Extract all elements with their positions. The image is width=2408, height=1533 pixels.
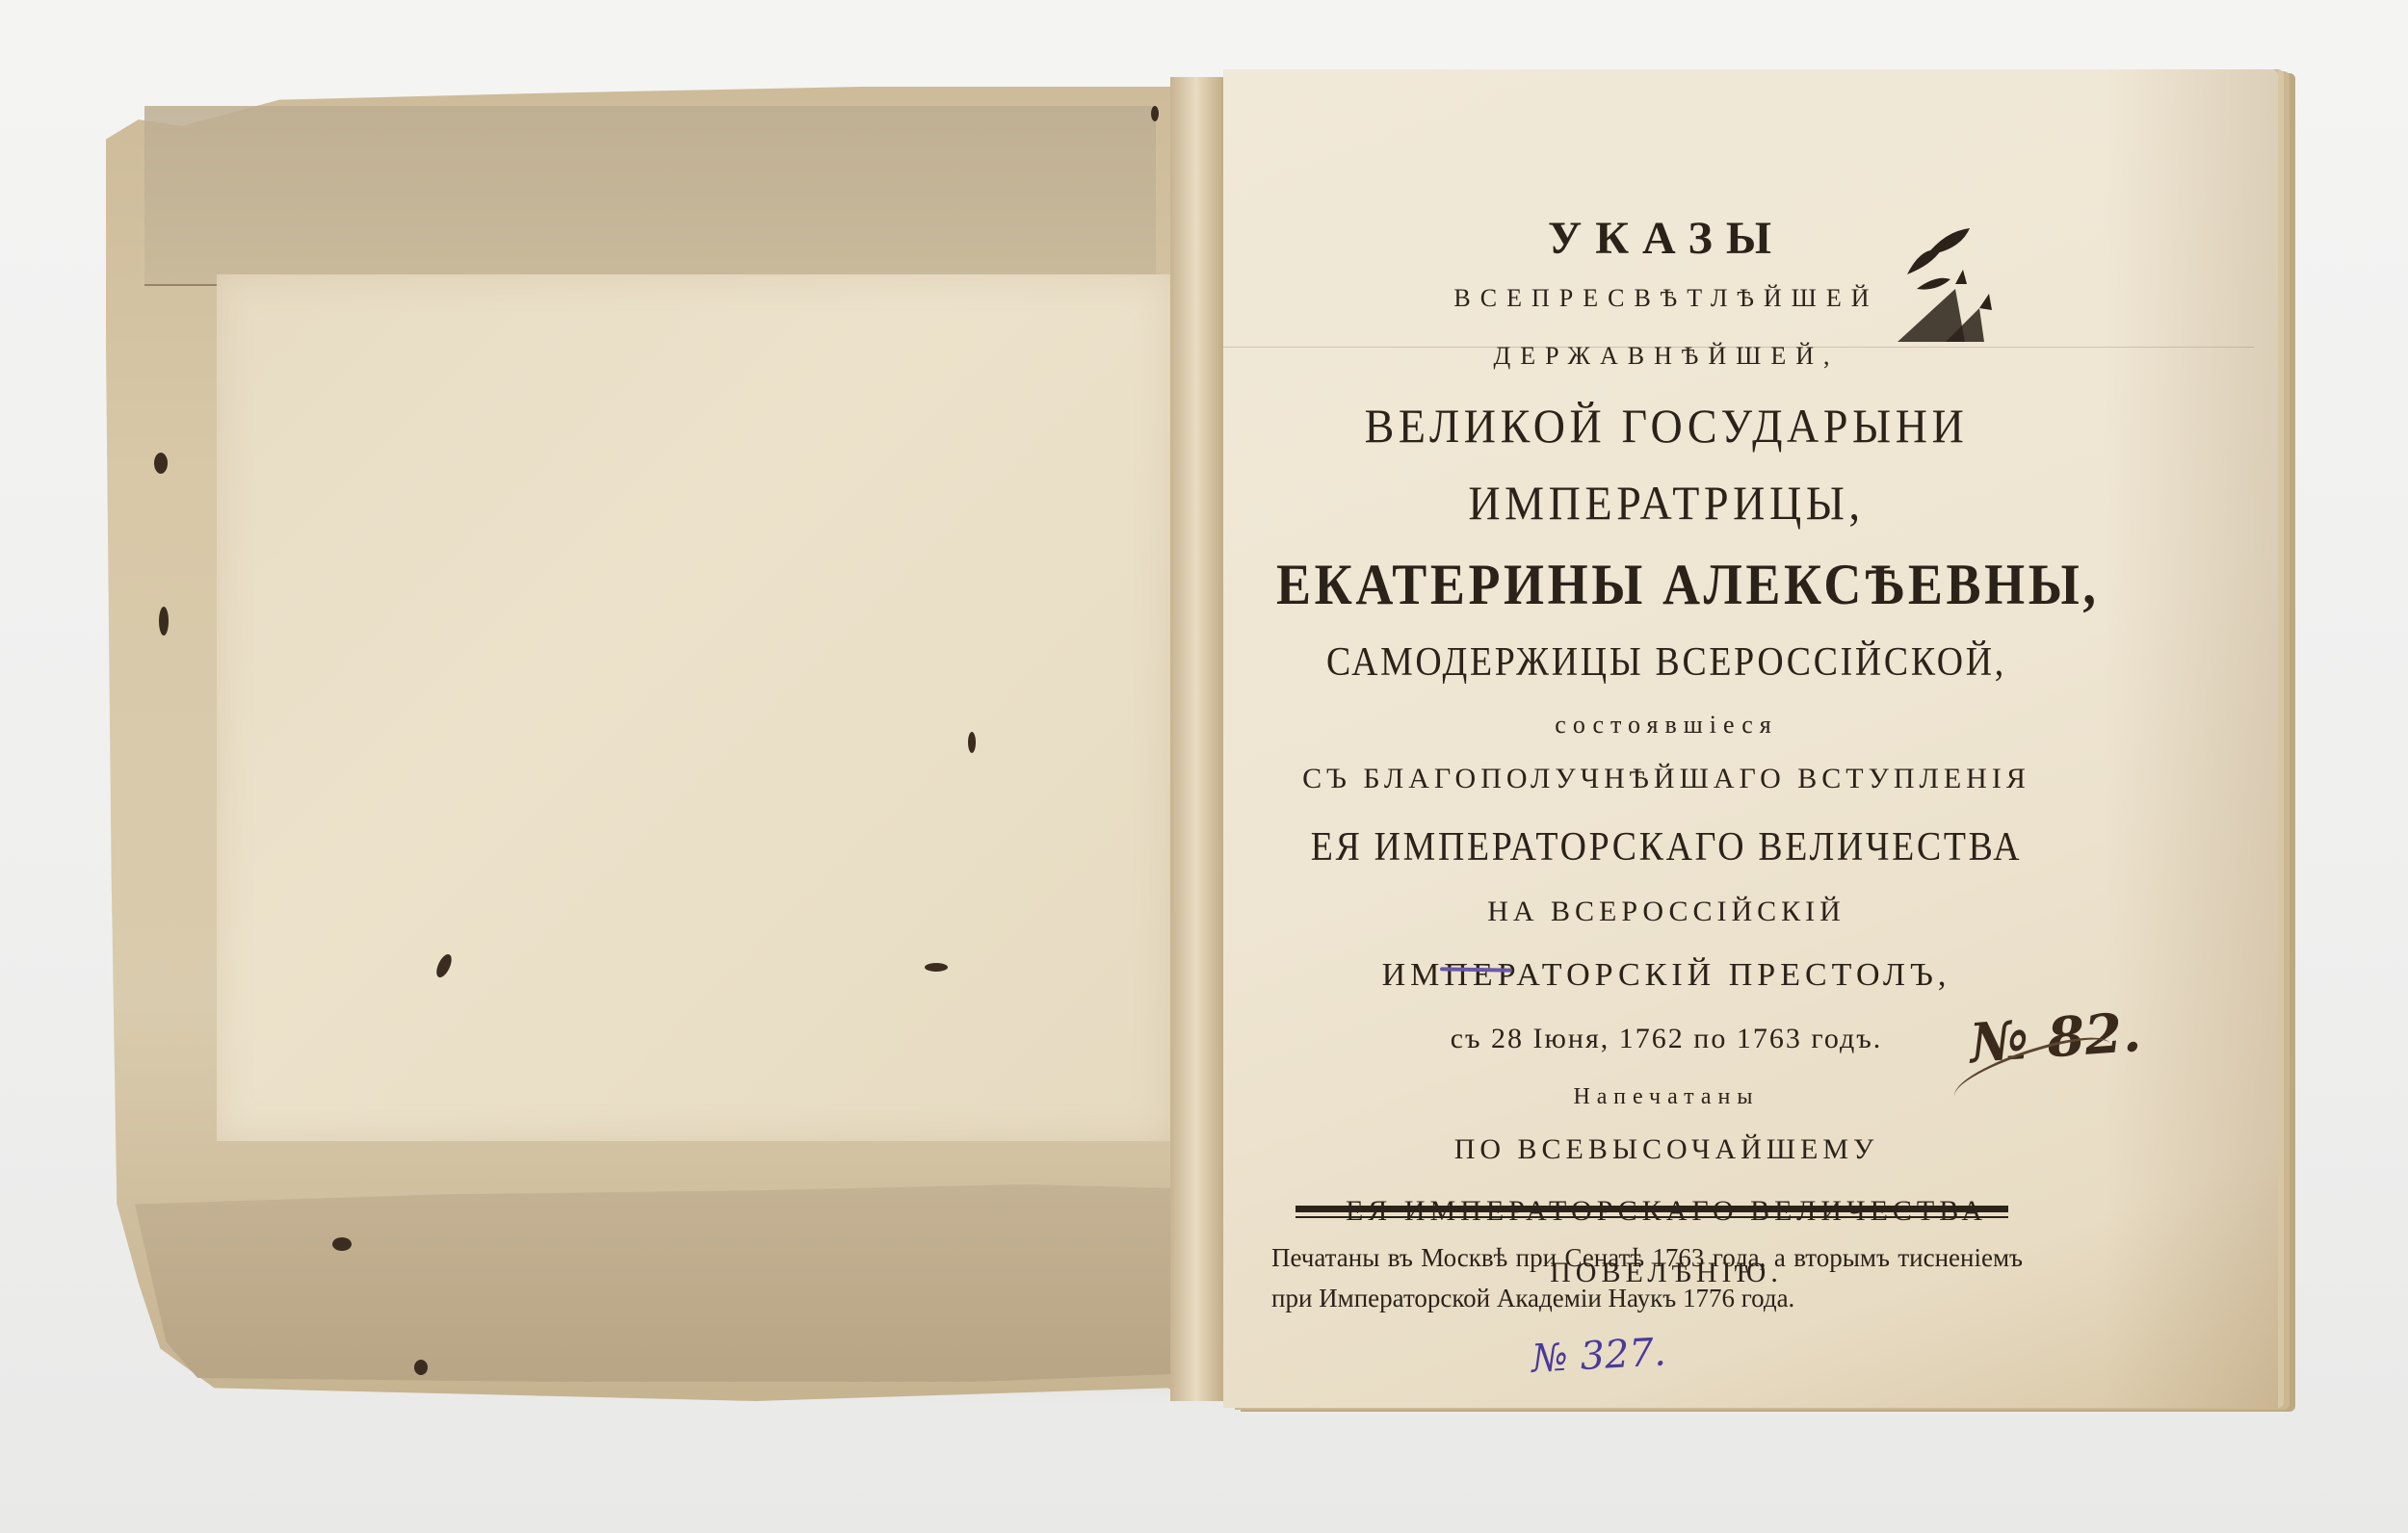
title-line: САМОДЕРЖИЦЫ ВСЕРОССІЙСКОЙ, — [1276, 639, 2056, 686]
wormhole — [414, 1360, 428, 1375]
title-line: ИМПЕРАТРИЦЫ, — [1268, 475, 2065, 531]
title-line: СЪ БЛАГОПОЛУЧНѢЙШАГО ВСТУПЛЕНІЯ — [1233, 763, 2100, 795]
title-line: ВЕЛИКОЙ ГОСУДАРЫНИ — [1268, 398, 2065, 454]
title-line: ЕЯ ИМПЕРАТОРСКАГО ВЕЛИЧЕСТВА — [1276, 824, 2056, 870]
left-top-repair-patch — [144, 106, 1156, 286]
wormhole — [968, 732, 976, 753]
double-rule-thick — [1296, 1206, 2008, 1212]
title-line: УКАЗЫ — [1233, 212, 2100, 265]
book-gutter-spine — [1170, 77, 1228, 1401]
left-page-inner-paper — [217, 274, 1170, 1141]
title-line: ПО ВСЕВЫСОЧАЙШЕМУ — [1233, 1133, 2100, 1166]
title-line: ВСЕПРЕСВѢТЛѢЙШЕЙ — [1233, 284, 2100, 313]
title-line: ДЕРЖАВНѢЙШЕЙ, — [1233, 342, 2100, 371]
imprint-text: Печатаны въ Москвѣ при Сенатѣ 1763 года,… — [1271, 1237, 2023, 1318]
wormhole — [925, 963, 948, 972]
wormhole — [154, 453, 168, 474]
wormhole — [1151, 106, 1159, 121]
wormhole — [332, 1237, 352, 1251]
left-bottom-repair-patch — [135, 1184, 1180, 1382]
title-line: ЕКАТЕРИНЫ АЛЕКСѢЕВНЫ, — [1276, 552, 2056, 618]
wormhole — [159, 607, 169, 636]
double-rule-thin — [1296, 1216, 2008, 1218]
title-line: ИМПЕРАТОРСКІЙ ПРЕСТОЛЪ, — [1233, 957, 2100, 994]
title-page-text: УКАЗЫ ВСЕПРЕСВѢТЛѢЙШЕЙ ДЕРЖАВНѢЙШЕЙ, ВЕЛ… — [1233, 212, 2100, 1318]
title-line: состоявшіеся — [1233, 711, 2100, 740]
title-line: НА ВСЕРОССІЙСКІЙ — [1233, 896, 2100, 928]
handwritten-inventory-mark: № 327. — [1531, 1330, 1667, 1381]
